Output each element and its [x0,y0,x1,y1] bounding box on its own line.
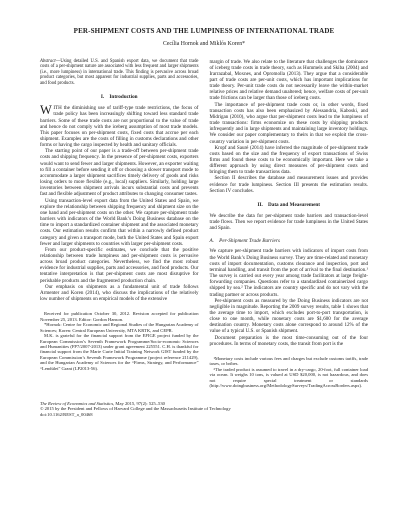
left-footnotes: Received for publication October 30, 201… [40,311,199,371]
subsection-heading-trade-barriers: A. Per-Shipment Trade Barriers [210,238,369,244]
paper-authors: Cecília Hornok and Miklós Koren* [40,41,368,48]
journal-footer: The Review of Economics and Statistics, … [40,401,368,418]
paper-title: PER-SHIPMENT COSTS AND THE LUMPINESS OF … [40,27,368,35]
footnote-1: ¹Monetary costs include various fees and… [210,356,369,367]
trade-barriers-paragraph-2: Per-shipment costs as measured by the Do… [210,298,369,335]
footnote-2: ²The traded product is assumed to travel… [210,367,369,389]
journal-issue-info: May 2015, 97(2): 525–530 [114,401,165,406]
section-heading-data: II. Data and Measurement [210,202,369,208]
abstract-text: —Using detailed U.S. and Spanish export … [40,59,199,86]
intro-paragraph-2: The starting point of our paper is a tra… [40,148,199,197]
intro-paragraph-3: Using transaction-level export data from… [40,198,199,247]
right-column: margin of trade. We also relate to the l… [210,59,369,389]
intro-paragraph-1-text: ITH the diminishing use of tariff-type t… [40,105,199,148]
body-paragraph-3: Kropf and Sauré (2014) have inferred the… [210,145,369,176]
doi-line: doi:10.1162/REST_a_00468 [40,412,368,418]
footnote-affiliations: *Hornok: Centre for Economic and Regiona… [40,322,199,333]
journal-name: The Review of Economics and Statistics, [40,401,114,406]
trade-barriers-paragraph-3: Document preparation is the most time-co… [210,335,369,347]
footnote-received: Received for publication October 30, 201… [40,311,199,322]
abstract-label: Abstract [40,59,56,64]
abstract: Abstract—Using detailed U.S. and Spanish… [40,59,199,87]
data-paragraph-1: We describe the data for per-shipment tr… [210,213,369,231]
body-paragraph-2: The importance of per-shipment trade cos… [210,102,369,145]
intro-paragraph-5: Our emphasis on shipments as a fundament… [40,284,199,302]
left-column: Abstract—Using detailed U.S. and Spanish… [40,59,199,389]
two-column-body: Abstract—Using detailed U.S. and Spanish… [40,59,368,389]
section-heading-introduction: I. Introduction [40,94,199,100]
body-paragraph-4: Section II describes the database and me… [210,175,369,193]
paper-page: PER-SHIPMENT COSTS AND THE LUMPINESS OF … [0,0,400,417]
right-footnotes: ¹Monetary costs include various fees and… [210,356,369,389]
footnote-acknowledgments: M.K. is grateful for the financial suppo… [40,333,199,371]
drop-cap: W [40,105,53,116]
body-paragraph-1: margin of trade. We also relate to the l… [210,59,369,102]
intro-paragraph-1: WITH the diminishing use of tariff-type … [40,105,199,148]
intro-paragraph-4: From our product-specific estimates, we … [40,247,199,284]
trade-barriers-paragraph-1: We capture per-shipment trade barriers w… [210,248,369,297]
